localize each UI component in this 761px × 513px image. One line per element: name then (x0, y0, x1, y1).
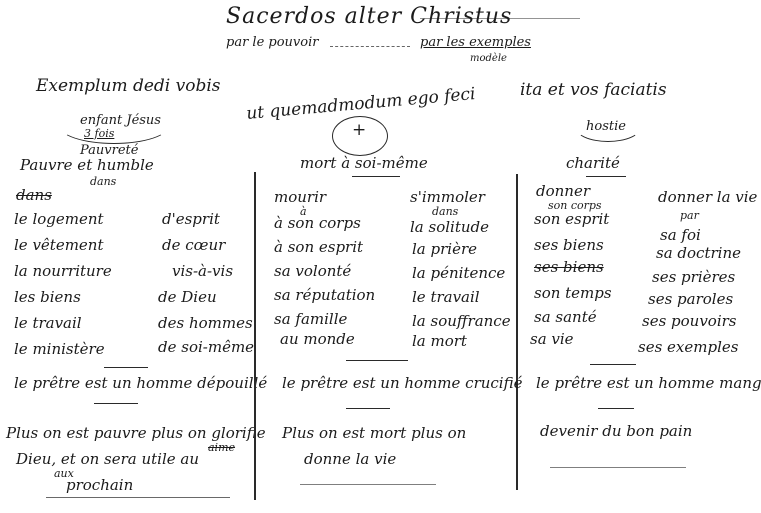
divider (46, 497, 230, 498)
col1-right-item: vis-à-vis (172, 264, 233, 279)
col2-left-item: sa famille (274, 312, 347, 327)
col2-right-item: la solitude (410, 220, 489, 235)
col2-right-item: la souffrance (412, 314, 511, 329)
col1-title-2: Pauvre et humble (20, 158, 154, 173)
col3-right-item: ses pouvoirs (642, 314, 737, 329)
divider (586, 176, 626, 177)
col3-left-item: sa vie (530, 332, 574, 347)
col2-conclusion-1: Plus on est mort plus on (282, 426, 466, 441)
col2-right-item: la mort (412, 334, 467, 349)
divider (550, 467, 686, 468)
col2-title: mort à soi-même (300, 156, 428, 171)
cross-icon: + (352, 122, 366, 139)
divider (94, 403, 138, 404)
col1-conclusion-crossed: aime (208, 442, 235, 453)
col1-left-item: le vêtement (14, 238, 104, 253)
column-separator (254, 172, 256, 500)
col3-left-item: son temps (534, 286, 612, 301)
col3-statement: le prêtre est un homme mangé (536, 376, 761, 391)
col2-conclusion-2: donne la vie (304, 452, 396, 467)
col1-left-item: le logement (14, 212, 104, 227)
col1-right-item: de soi-même (158, 340, 254, 355)
col2-right-item: le travail (412, 290, 480, 305)
col1-title-note: dans (90, 176, 116, 187)
col2-left-item: à son esprit (274, 240, 363, 255)
subtitle-model-note: modèle (470, 54, 507, 64)
col1-conclusion-1: Plus on est pauvre plus on glorifie (6, 426, 266, 441)
col3-right-item: ses prières (652, 270, 735, 285)
col1-conclusion-2: Dieu, et on sera utile au (16, 452, 199, 467)
subtitle-power: par le pouvoir (226, 36, 318, 49)
badge-underline (58, 106, 170, 144)
col3-title: charité (566, 156, 620, 171)
col1-right-item: de Dieu (158, 290, 217, 305)
col2-left-item: au monde (280, 332, 355, 347)
badge-underline (574, 110, 642, 142)
subtitle-example: par les exemples (420, 36, 531, 49)
divider (346, 360, 408, 361)
col2-right-item: s'immoler (410, 190, 485, 205)
col1-statement: le prêtre est un homme dépouillé (14, 376, 267, 391)
divider (104, 367, 148, 368)
col2-statement: le prêtre est un homme crucifié (282, 376, 523, 391)
col2-left-item: à son corps (274, 216, 361, 231)
col1-right-item: de cœur (162, 238, 225, 253)
col3-conclusion-1: devenir du bon pain (540, 424, 692, 439)
col3-left-item: son esprit (534, 212, 609, 227)
col3-right-item: sa foi (660, 228, 701, 243)
col3-right-item: ses paroles (648, 292, 733, 307)
col3-right-item: sa doctrine (656, 246, 741, 261)
divider (590, 364, 636, 365)
col3-right-item: donner la vie (658, 190, 757, 205)
document-title: Sacerdos alter Christus (226, 6, 512, 28)
col1-left-item: la nourriture (14, 264, 112, 279)
col3-right-item: ses exemples (638, 340, 738, 355)
col1-conclusion-3: prochain (66, 478, 133, 493)
col1-heading: Exemplum dedi vobis (36, 78, 221, 95)
divider (346, 408, 390, 409)
col3-left-item: sa santé (534, 310, 597, 325)
col3-left-note: ses biens (534, 260, 604, 275)
col2-left-item: sa volonté (274, 264, 351, 279)
divider (300, 484, 436, 485)
col2-right-item: dans (432, 206, 458, 217)
col1-crossed: dans (16, 188, 52, 203)
divider (598, 408, 634, 409)
col1-left-item: les biens (14, 290, 81, 305)
col3-heading: ita et vos faciatis (520, 82, 667, 99)
col1-left-item: le travail (14, 316, 82, 331)
divider (330, 46, 410, 48)
col2-left-item: sa réputation (274, 288, 375, 303)
col3-left-item: ses biens (534, 238, 604, 253)
col1-right-item: des hommes (158, 316, 253, 331)
column-separator (516, 174, 518, 490)
col2-left-item: mourir (274, 190, 326, 205)
col2-right-item: la prière (412, 242, 477, 257)
divider (420, 18, 580, 19)
col3-left-item: donner (536, 184, 590, 199)
col1-left-item: le ministère (14, 342, 105, 357)
col1-right-item: d'esprit (162, 212, 220, 227)
divider (352, 176, 400, 177)
col2-right-item: la pénitence (412, 266, 505, 281)
col3-right-item: par (680, 210, 699, 221)
